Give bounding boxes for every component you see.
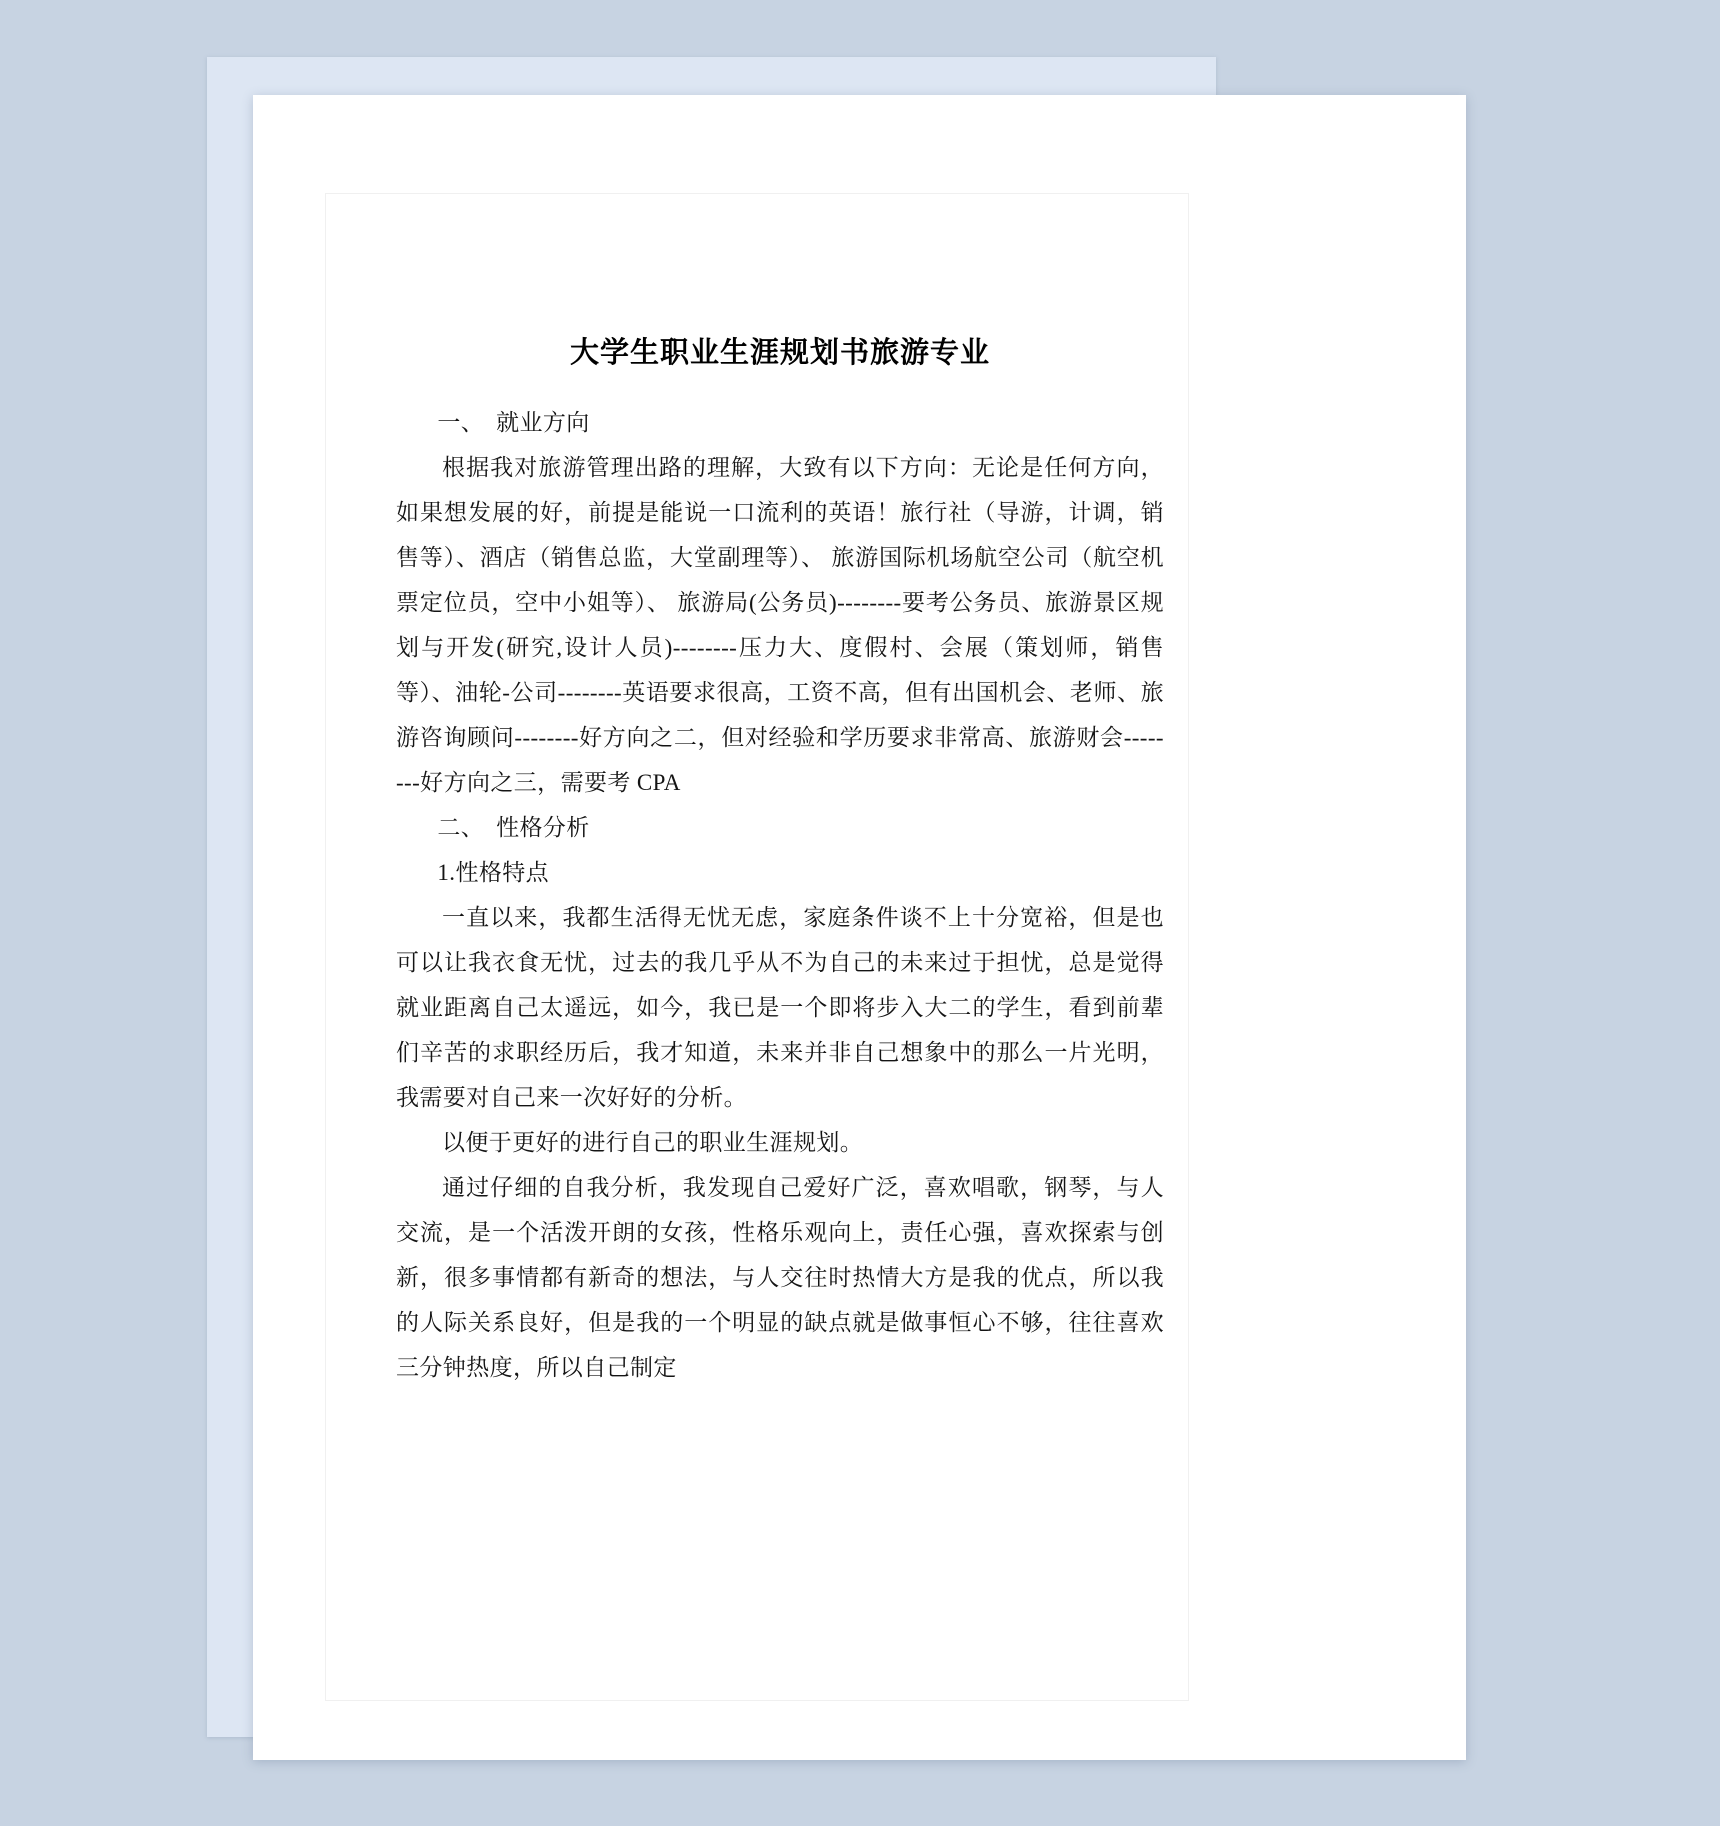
paragraph-employment-directions: 根据我对旅游管理出路的理解，大致有以下方向：无论是任何方向，如果想发展的好，前提… bbox=[396, 445, 1164, 805]
paragraph-life-background: 一直以来，我都生活得无忧无虑，家庭条件谈不上十分宽裕，但是也可以让我衣食无忧，过… bbox=[396, 895, 1164, 1120]
sub-heading-personality-traits: 1.性格特点 bbox=[396, 850, 1164, 895]
document-page: 大学生职业生涯规划书旅游专业 一、 就业方向 根据我对旅游管理出路的理解，大致有… bbox=[253, 95, 1466, 1760]
text-column: 一、 就业方向 根据我对旅游管理出路的理解，大致有以下方向：无论是任何方向，如果… bbox=[396, 400, 1164, 1390]
document-title: 大学生职业生涯规划书旅游专业 bbox=[396, 332, 1164, 374]
section-heading-employment: 一、 就业方向 bbox=[396, 400, 1164, 445]
content-frame: 大学生职业生涯规划书旅游专业 一、 就业方向 根据我对旅游管理出路的理解，大致有… bbox=[325, 193, 1189, 1701]
section-heading-personality: 二、 性格分析 bbox=[396, 805, 1164, 850]
paragraph-career-planning-purpose: 以便于更好的进行自己的职业生涯规划。 bbox=[396, 1120, 1164, 1165]
paragraph-self-analysis: 通过仔细的自我分析，我发现自己爱好广泛，喜欢唱歌，钢琴，与人交流，是一个活泼开朗… bbox=[396, 1165, 1164, 1390]
